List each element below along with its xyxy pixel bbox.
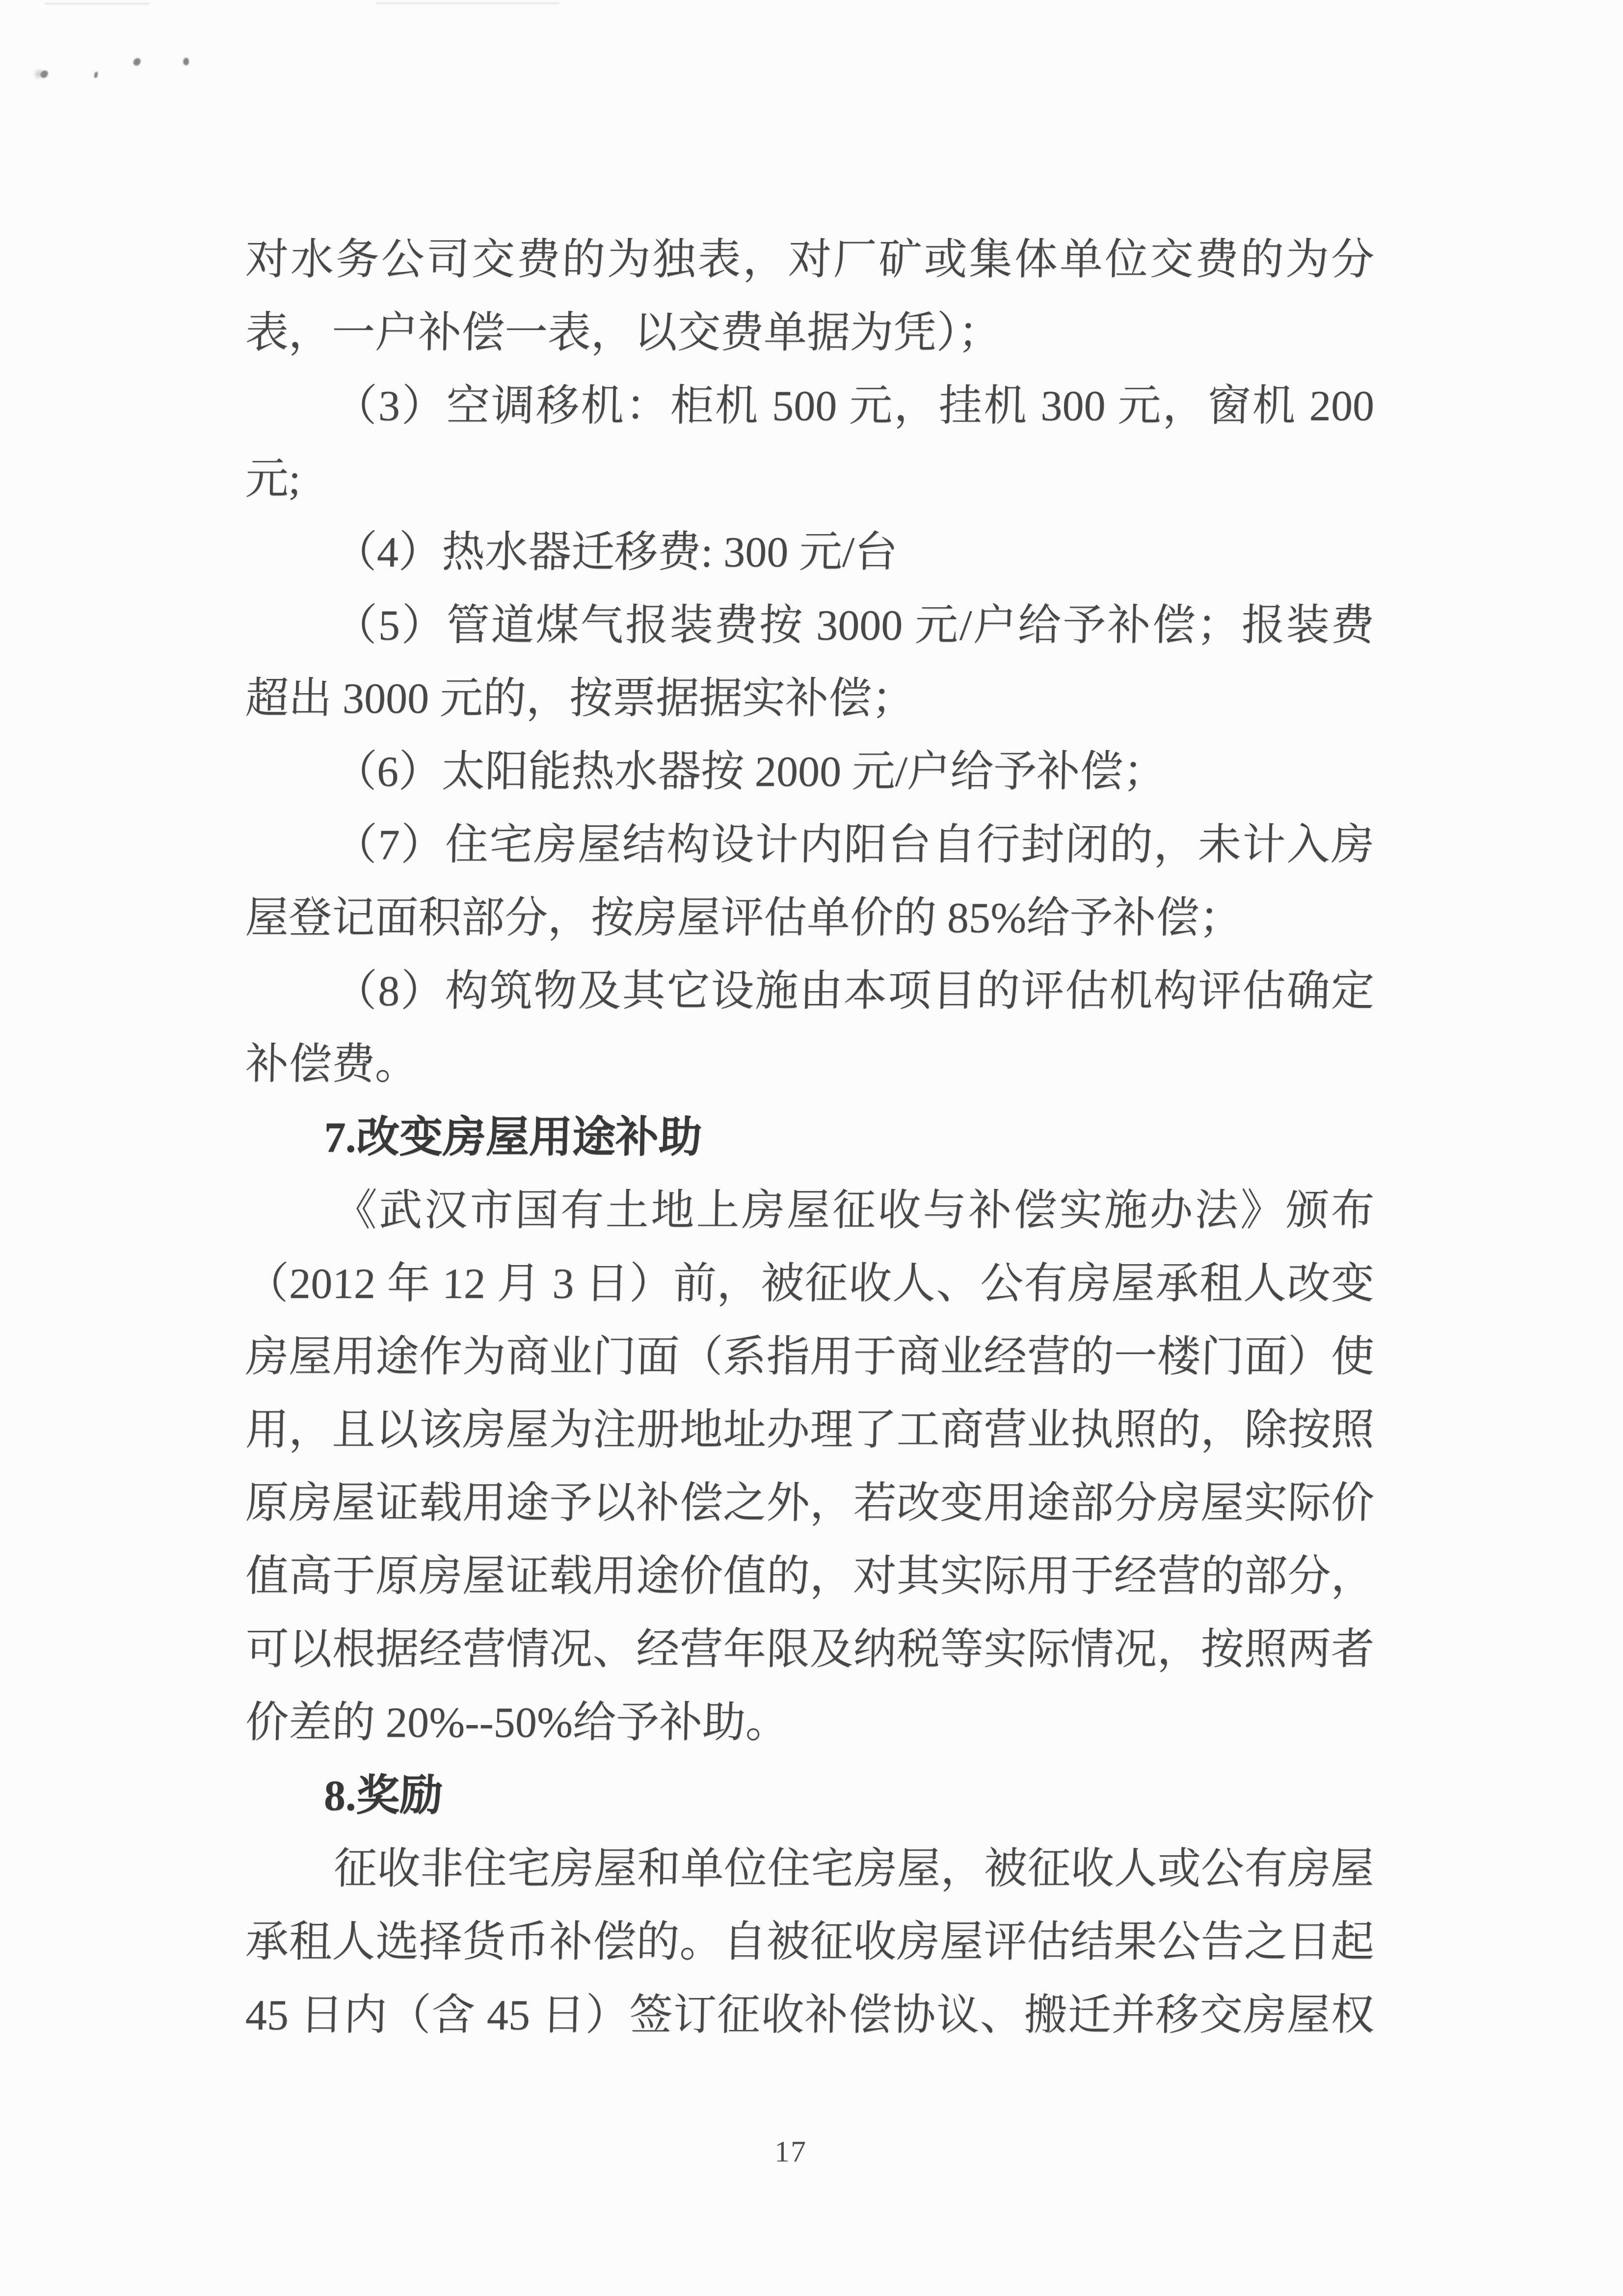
text-line: 表，一户补偿一表，以交费单据为凭）； — [244, 297, 1375, 370]
text-line-item-3: （3）空调移机：柜机 500 元，挂机 300 元，窗机 200 — [244, 370, 1375, 443]
text-line-item-4: （4）热水器迁移费: 300 元/台 — [244, 516, 1375, 589]
text-line: 元; — [244, 443, 1375, 516]
document-text-block: 对水务公司交费的为独表，对厂矿或集体单位交费的为分 表，一户补偿一表，以交费单据… — [245, 223, 1374, 2052]
text-line: （2012 年 12 月 3 日）前，被征收人、公有房屋承租人改变 — [244, 1247, 1375, 1321]
text-line: 承租人选择货币补偿的。自被征收房屋评估结果公告之日起 — [244, 1906, 1375, 1979]
page-number: 17 — [712, 2136, 869, 2167]
text-line: 《武汉市国有土地上房屋征收与补偿实施办法》颁布 — [244, 1174, 1375, 1247]
section-heading-7: 7.改变房屋用途补助 — [244, 1101, 1375, 1174]
section-heading-8: 8.奖励 — [244, 1759, 1375, 1833]
text-line: 值高于原房屋证载用途价值的，对其实际用于经营的部分， — [244, 1540, 1375, 1613]
scan-streak — [375, 2, 559, 4]
text-line: 超出 3000 元的，按票据据实补偿； — [244, 662, 1375, 735]
text-line-item-5: （5）管道煤气报装费按 3000 元/户给予补偿；报装费 — [244, 589, 1375, 662]
scan-speck — [94, 72, 98, 79]
text-line: 征收非住宅房屋和单位住宅房屋，被征收人或公有房屋 — [244, 1833, 1375, 1906]
scan-speck — [39, 69, 49, 79]
text-line-item-6: （6）太阳能热水器按 2000 元/户给予补偿； — [244, 735, 1375, 809]
text-line-item-7: （7）住宅房屋结构设计内阳台自行封闭的，未计入房 — [244, 809, 1375, 882]
text-line: 原房屋证载用途予以补偿之外，若改变用途部分房屋实际价 — [244, 1467, 1375, 1540]
scan-streak — [44, 2, 150, 5]
text-line: 价差的 20%--50%给予补助。 — [244, 1686, 1375, 1759]
text-line: 用，且以该房屋为注册地址办理了工商营业执照的，除按照 — [244, 1394, 1375, 1467]
text-line: 屋登记面积部分，按房屋评估单价的 85%给予补偿； — [244, 882, 1375, 955]
text-line: 房屋用途作为商业门面（系指用于商业经营的一楼门面）使 — [244, 1321, 1375, 1394]
text-line: 补偿费。 — [244, 1028, 1375, 1101]
text-line: 45 日内（含 45 日）签订征收补偿协议、搬迁并移交房屋权 — [244, 1979, 1375, 2052]
text-line: 对水务公司交费的为独表，对厂矿或集体单位交费的为分 — [244, 223, 1375, 297]
scan-speck — [133, 57, 141, 67]
text-line-item-8: （8）构筑物及其它设施由本项目的评估机构评估确定 — [244, 955, 1375, 1028]
scan-speck — [183, 57, 190, 66]
scanned-document-page: 对水务公司交费的为独表，对厂矿或集体单位交费的为分 表，一户补偿一表，以交费单据… — [0, 0, 1623, 2296]
text-line: 可以根据经营情况、经营年限及纳税等实际情况，按照两者 — [244, 1613, 1375, 1686]
